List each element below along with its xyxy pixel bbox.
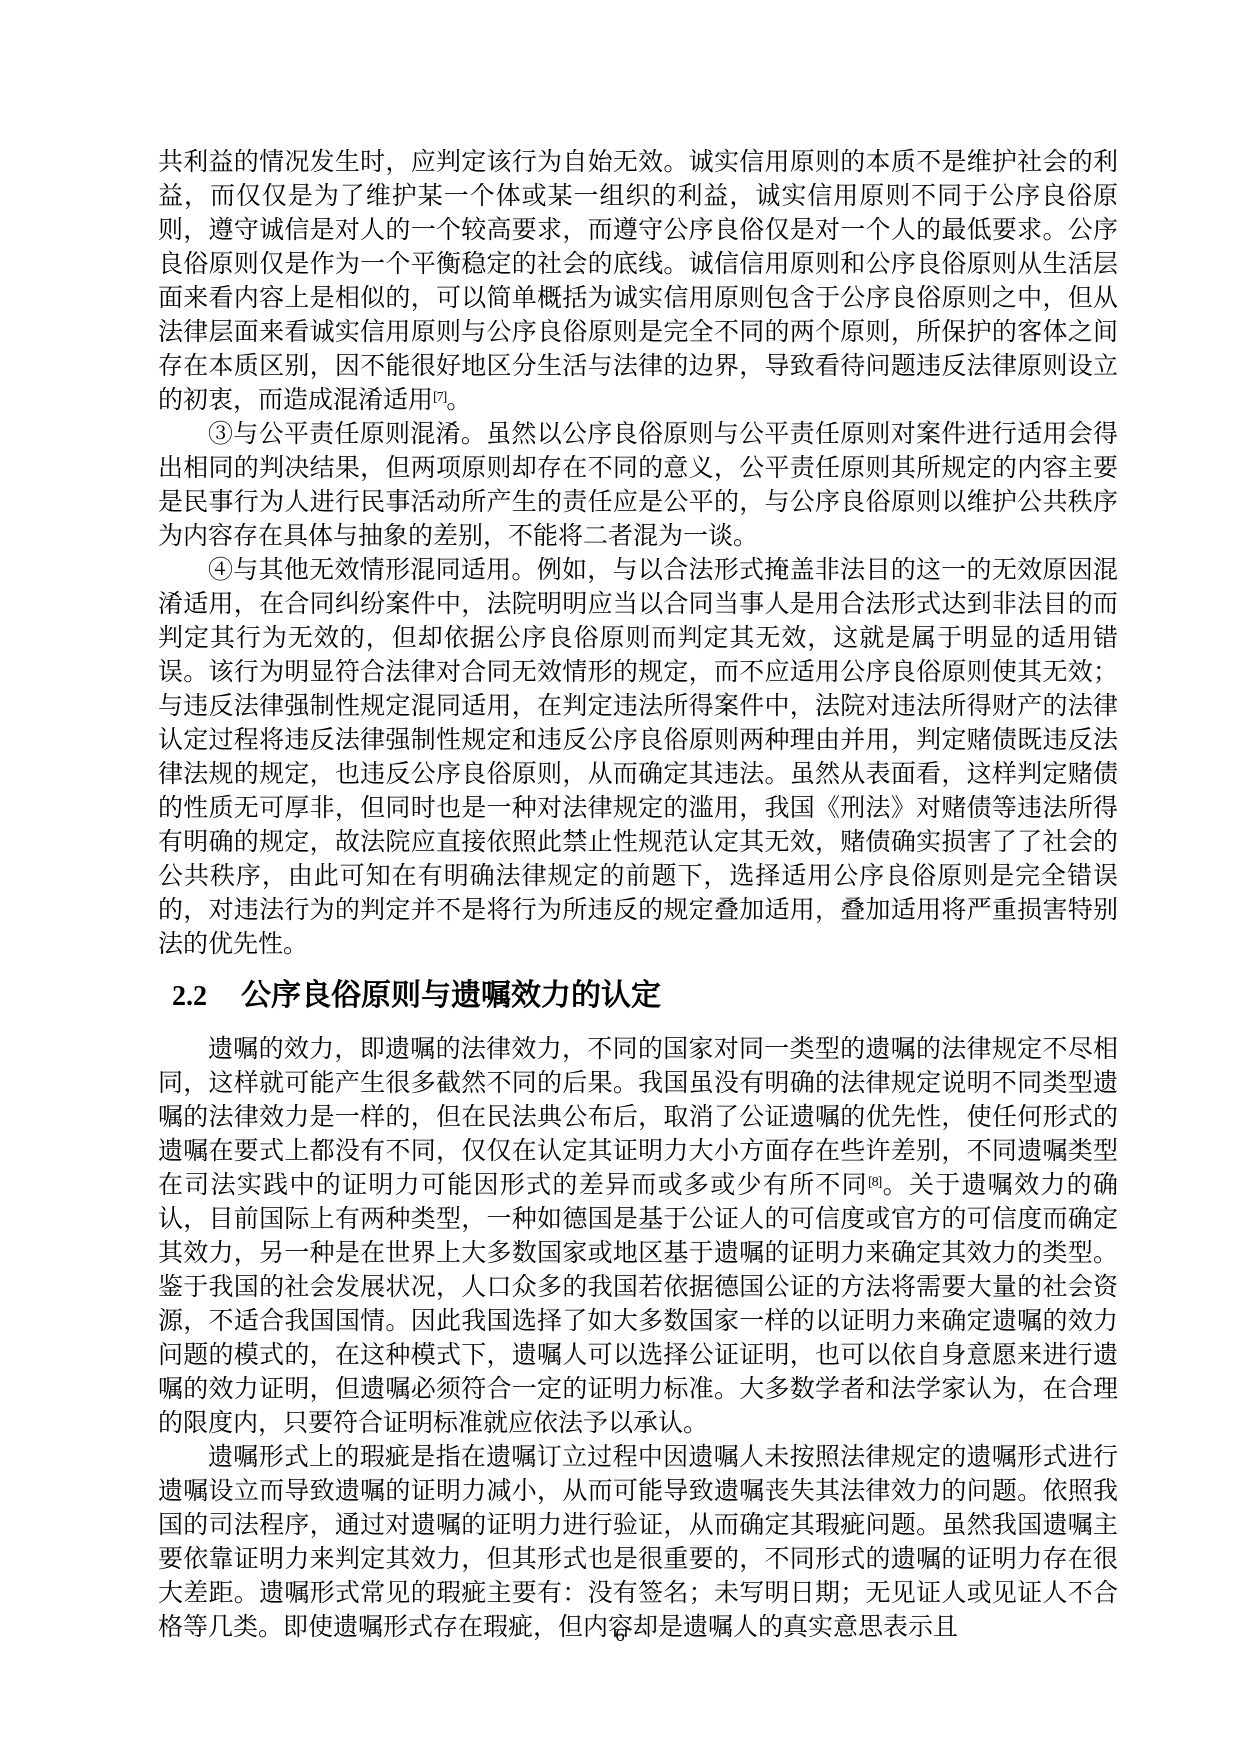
page-number: 6: [615, 1625, 625, 1646]
paragraph-text-segment: 。: [446, 387, 471, 414]
page-body-text: 共利益的情况发生时，应判定该行为自始无效。诚实信用原则的本质不是维护社会的利益，…: [158, 146, 1118, 1645]
page-footer: 6: [0, 1624, 1240, 1648]
footnote-ref-7: [7]: [433, 390, 446, 405]
footnote-ref-8: [8]: [868, 1175, 881, 1190]
paragraph-will-validity-determination: 遗嘱的效力，即遗嘱的法律效力，不同的国家对同一类型的遗嘱的法律规定不尽相同，这样…: [158, 1033, 1118, 1441]
paragraph-good-faith-vs-public-order: 共利益的情况发生时，应判定该行为自始无效。诚实信用原则的本质不是维护社会的利益，…: [158, 146, 1118, 418]
section-title: 公序良俗原则与遗嘱效力的认定: [241, 976, 661, 1016]
paragraph-text-segment: 。关于遗嘱效力的确认，目前国际上有两种类型，一种如德国是基于公证人的可信度或官方…: [158, 1172, 1118, 1437]
section-number: 2.2: [172, 977, 207, 1017]
document-page: 共利益的情况发生时，应判定该行为自始无效。诚实信用原则的本质不是维护社会的利益，…: [0, 0, 1240, 1754]
paragraph-other-invalidity-confusion: ④与其他无效情形混同适用。例如，与以合法形式掩盖非法目的这一的无效原因混淆适用，…: [158, 554, 1118, 962]
paragraph-will-form-defects: 遗嘱形式上的瑕疵是指在遗嘱订立过程中因遗嘱人未按照法律规定的遗嘱形式进行遗嘱设立…: [158, 1441, 1118, 1645]
paragraph-text-segment: 共利益的情况发生时，应判定该行为自始无效。诚实信用原则的本质不是维护社会的利益，…: [158, 149, 1118, 414]
section-heading-2-2: 2.2 公序良俗原则与遗嘱效力的认定: [158, 976, 1118, 1017]
paragraph-fair-liability-confusion: ③与公平责任原则混淆。虽然以公序良俗原则与公平责任原则对案件进行适用会得出相同的…: [158, 418, 1118, 554]
